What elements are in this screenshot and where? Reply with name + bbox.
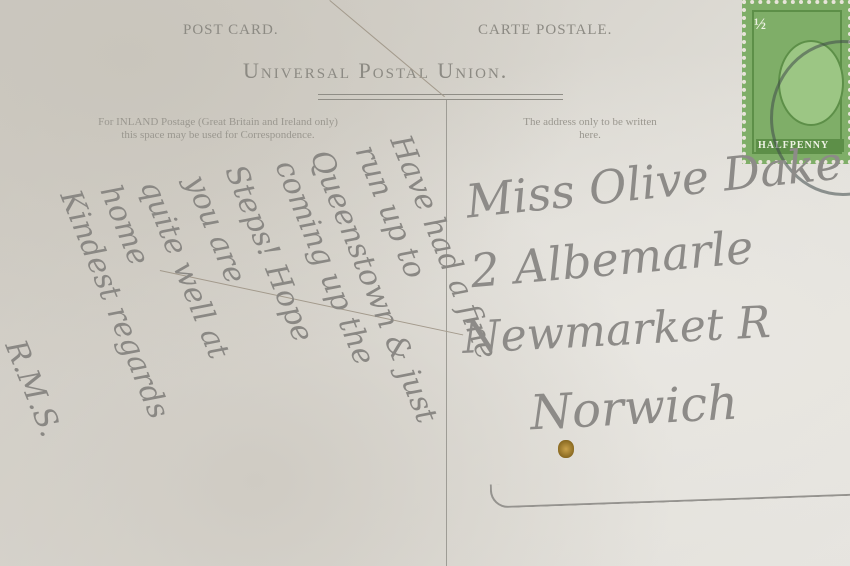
instruction-line: here. [470, 129, 710, 142]
message-signature: R.M.S. [0, 335, 68, 442]
postcard: POST CARD. CARTE POSTALE. Universal Post… [0, 0, 850, 566]
address-instructions: The address only to be written here. [470, 116, 710, 142]
insect-speck [558, 440, 574, 458]
post-card-title: POST CARD. [183, 22, 279, 39]
address-underline-flourish [490, 472, 850, 509]
instruction-line: The address only to be written [470, 116, 710, 129]
address-line-street: 2 Albemarle [468, 220, 755, 299]
stamp-denomination: ½ [754, 16, 766, 34]
handwritten-message: Have had a fine run up to Queenstown & j… [30, 90, 490, 530]
universal-postal-union-heading: Universal Postal Union. [243, 58, 508, 84]
carte-postale-title: CARTE POSTALE. [478, 22, 612, 39]
address-line-name: Miss Olive Dake [463, 135, 845, 228]
address-line-city: Norwich [529, 375, 740, 442]
address-line-road: Newmarket R [461, 297, 772, 364]
